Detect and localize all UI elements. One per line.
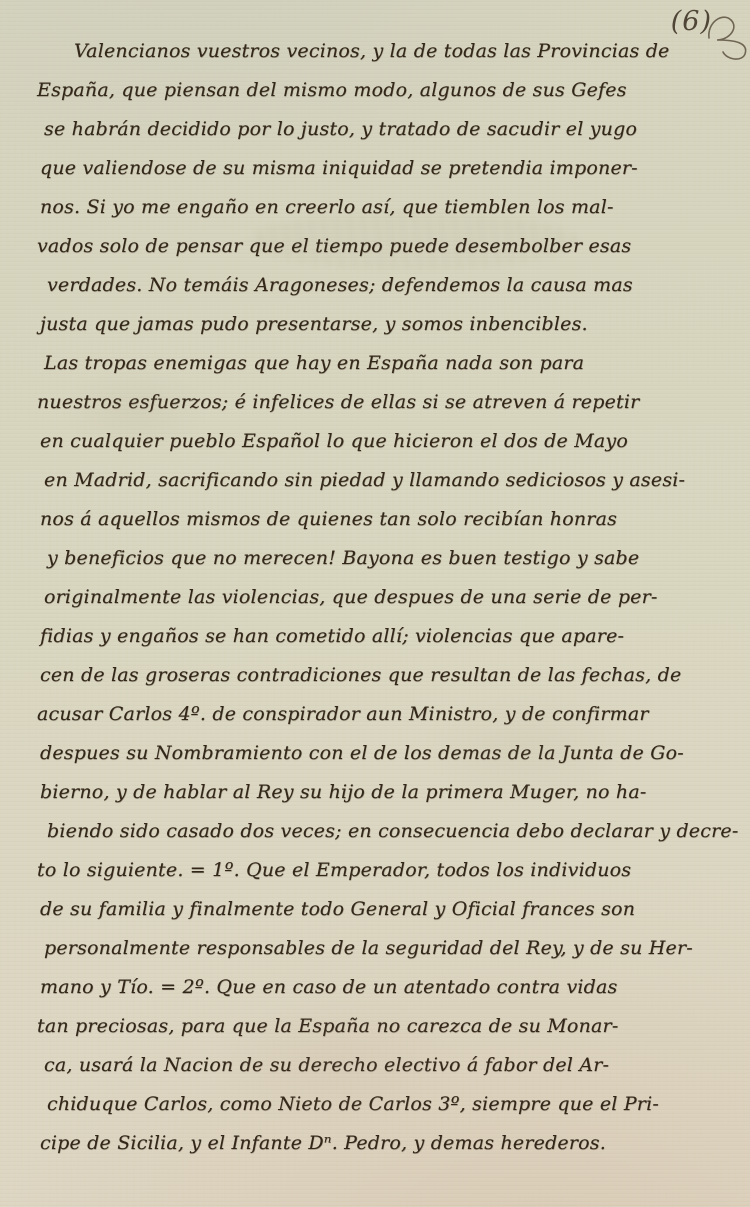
manuscript-line: fidias y engaños se han cometido allí; v… — [40, 617, 736, 656]
manuscript-line: que valiendose de su misma iniquidad se … — [40, 149, 736, 188]
manuscript-line: tan preciosas, para que la España no car… — [37, 1007, 736, 1046]
manuscript-line: nos. Si yo me engaño en creerlo así, que… — [40, 188, 736, 227]
manuscript-line: vados solo de pensar que el tiempo puede… — [37, 227, 736, 266]
manuscript-lines: Valencianos vuestros vecinos, y la de to… — [40, 32, 736, 1163]
manuscript-line: España, que piensan del mismo modo, algu… — [37, 71, 736, 110]
manuscript-line: biendo sido casado dos veces; en consecu… — [47, 812, 736, 851]
manuscript-line: justa que jamas pudo presentarse, y somo… — [40, 305, 736, 344]
manuscript-line: de su familia y finalmente todo General … — [40, 890, 736, 929]
manuscript-line: to lo siguiente. = 1º. Que el Emperador,… — [37, 851, 736, 890]
manuscript-line: se habrán decidido por lo justo, y trata… — [44, 110, 736, 149]
manuscript-line: y beneficios que no merecen! Bayona es b… — [47, 539, 736, 578]
manuscript-line: cipe de Sicilia, y el Infante Dⁿ. Pedro,… — [40, 1124, 736, 1163]
manuscript-line: en cualquier pueblo Español lo que hicie… — [40, 422, 736, 461]
manuscript-line: acusar Carlos 4º. de conspirador aun Min… — [37, 695, 736, 734]
manuscript-line: nuestros esfuerzos; é infelices de ellas… — [37, 383, 736, 422]
manuscript-line: personalmente responsables de la segurid… — [44, 929, 736, 968]
manuscript-line: bierno, y de hablar al Rey su hijo de la… — [40, 773, 736, 812]
manuscript-page: (6) Valencianos vuestros vecinos, y la d… — [0, 0, 750, 1207]
manuscript-line: en Madrid, sacrificando sin piedad y lla… — [44, 461, 736, 500]
manuscript-line: verdades. No temáis Aragoneses; defendem… — [47, 266, 736, 305]
manuscript-line: despues su Nombramiento con el de los de… — [40, 734, 736, 773]
manuscript-line: chiduque Carlos, como Nieto de Carlos 3º… — [47, 1085, 736, 1124]
manuscript-line: nos á aquellos mismos de quienes tan sol… — [40, 500, 736, 539]
manuscript-line: mano y Tío. = 2º. Que en caso de un aten… — [40, 968, 736, 1007]
manuscript-line: ca, usará la Nacion de su derecho electi… — [44, 1046, 736, 1085]
manuscript-line: Las tropas enemigas que hay en España na… — [44, 344, 736, 383]
manuscript-line: originalmente las violencias, que despue… — [44, 578, 736, 617]
manuscript-line: Valencianos vuestros vecinos, y la de to… — [40, 32, 736, 71]
manuscript-line: cen de las groseras contradiciones que r… — [40, 656, 736, 695]
